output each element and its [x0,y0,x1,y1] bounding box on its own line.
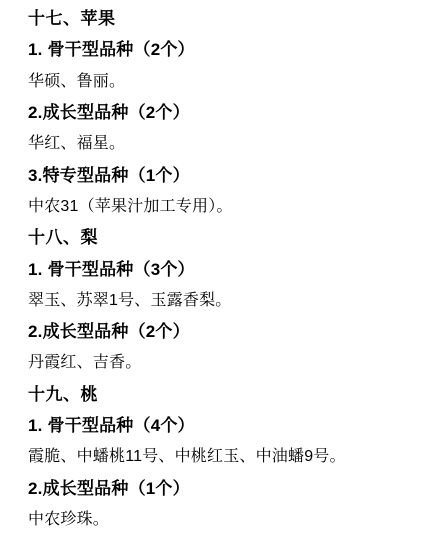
apple-growth-varieties: 华红、福星。 [28,126,417,157]
apple-special-varieties: 中农31（苹果汁加工专用）。 [28,189,417,220]
pear-backbone-varieties: 翠玉、苏翠1号、玉露香梨。 [28,283,417,314]
section-heading-peach: 十九、桃 [28,377,417,408]
apple-subheading-special: 3.特专型品种（1个） [28,157,417,188]
peach-growth-varieties: 中农珍珠。 [28,502,417,533]
section-heading-apple: 十七、苹果 [28,1,417,32]
apple-subheading-backbone: 1. 骨干型品种（2个） [28,32,417,63]
apple-subheading-growth: 2.成长型品种（2个） [28,95,417,126]
peach-backbone-varieties: 霞脆、中蟠桃11号、中桃红玉、中油蟠9号。 [28,439,417,470]
apple-backbone-varieties: 华硕、鲁丽。 [28,64,417,95]
peach-subheading-backbone: 1. 骨干型品种（4个） [28,408,417,439]
pear-growth-varieties: 丹霞红、吉香。 [28,345,417,376]
pear-subheading-backbone: 1. 骨干型品种（3个） [28,251,417,282]
pear-subheading-growth: 2.成长型品种（2个） [28,314,417,345]
peach-subheading-growth: 2.成长型品种（1个） [28,470,417,501]
document-page: 十七、苹果 1. 骨干型品种（2个） 华硕、鲁丽。 2.成长型品种（2个） 华红… [0,0,433,533]
section-heading-pear: 十八、梨 [28,220,417,251]
